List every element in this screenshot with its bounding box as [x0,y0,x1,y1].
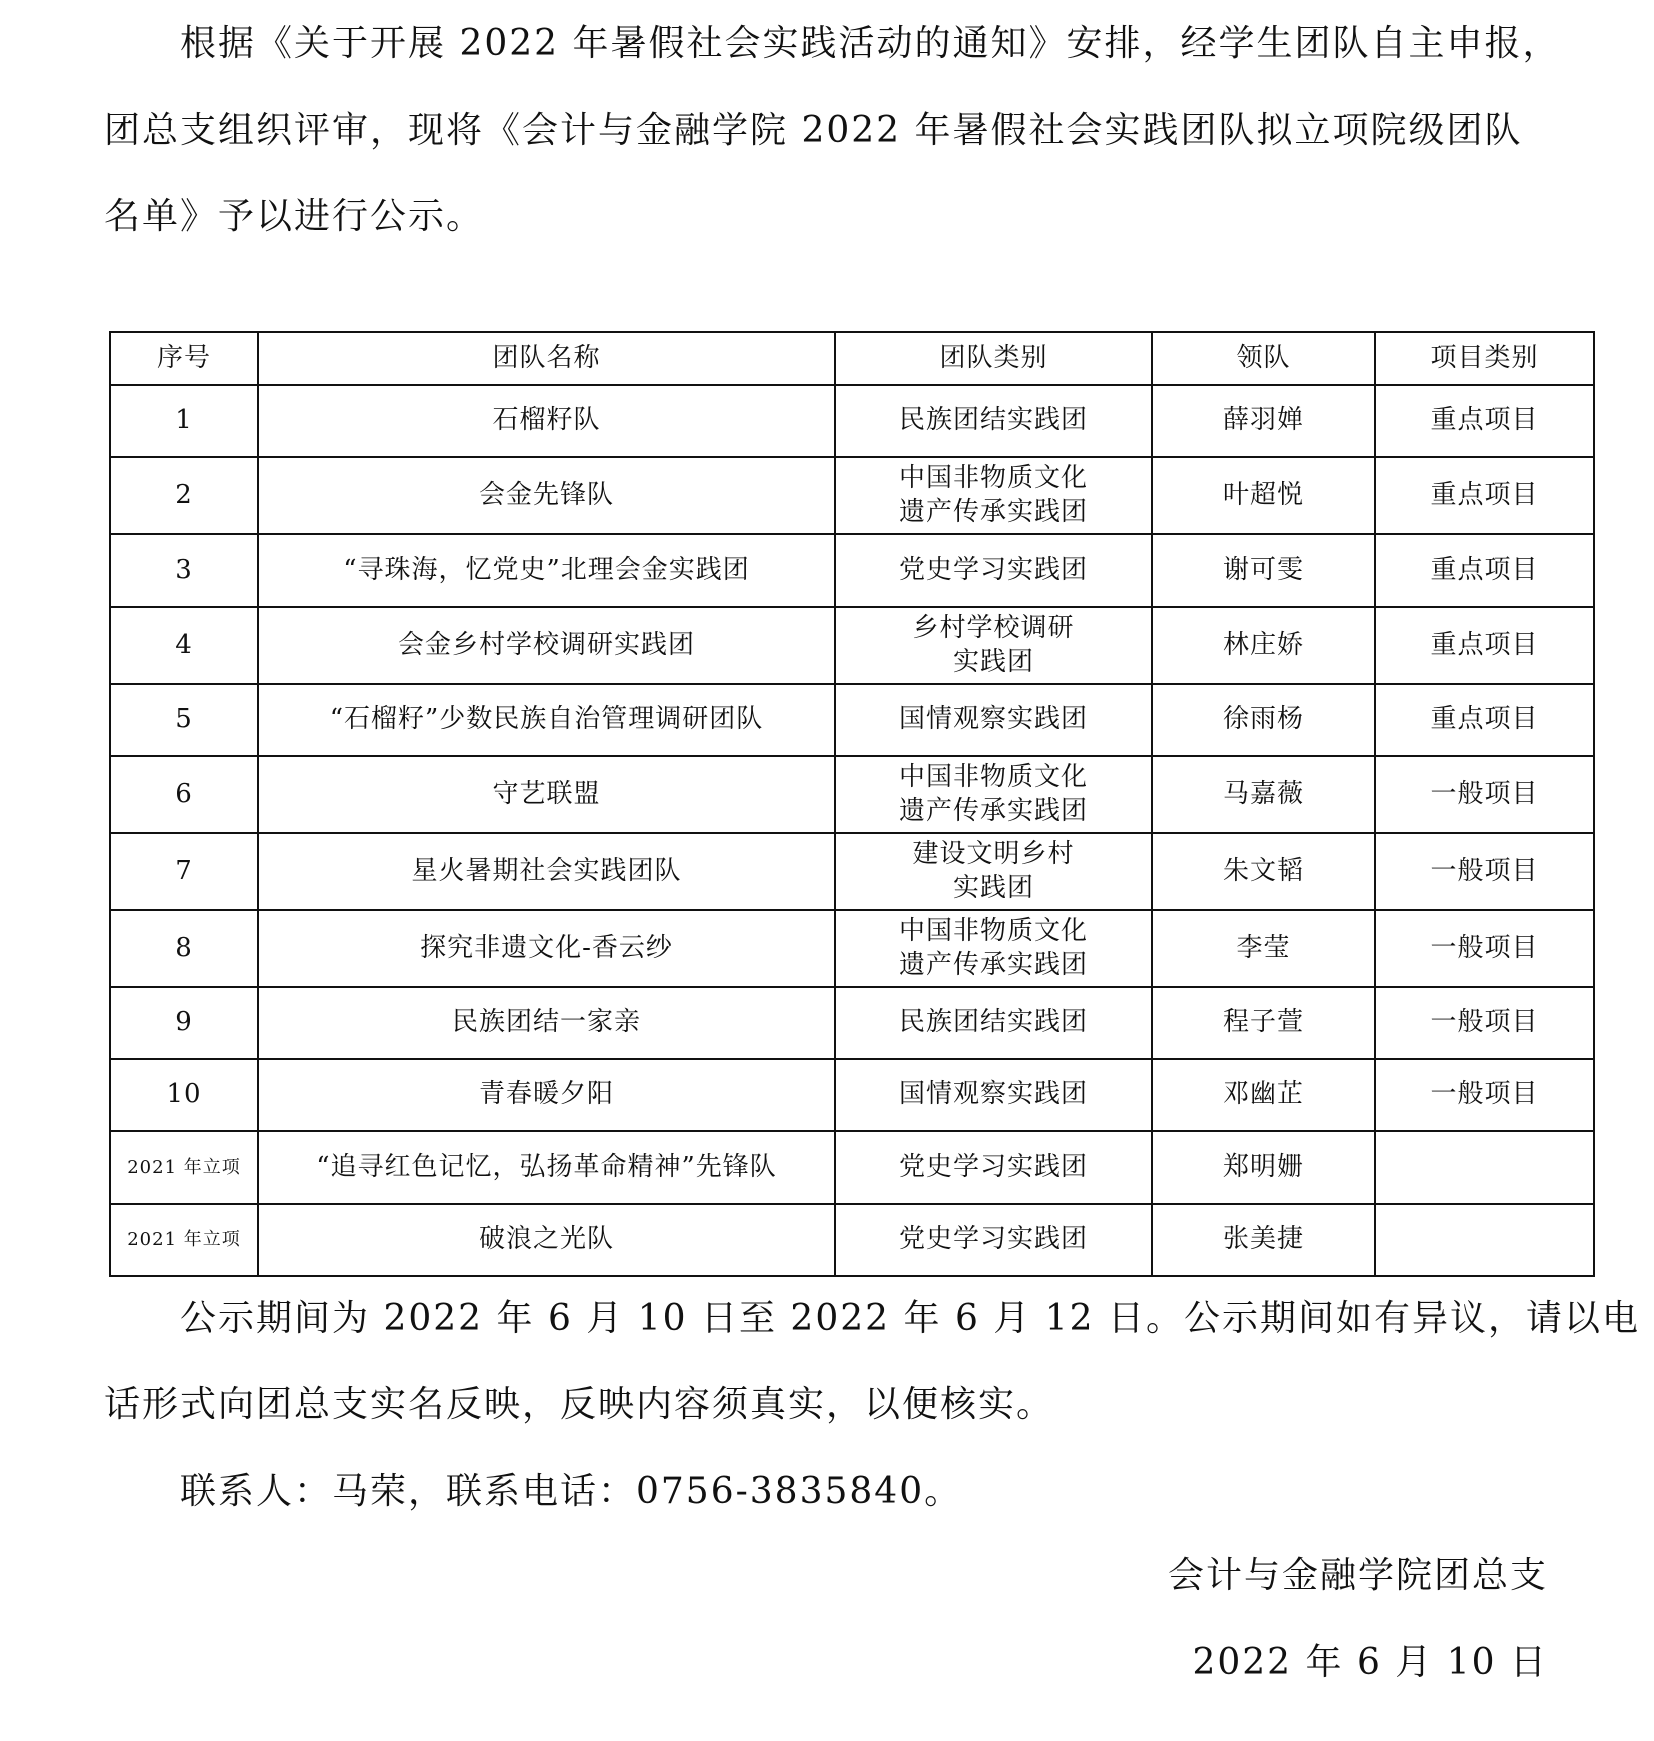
cell-team-name: “石榴籽”少数民族自治管理调研团队 [258,684,835,756]
cell-serial-number: 2021 年立项 [110,1131,258,1204]
team-roster-table: 序号 团队名称 团队类别 领队 项目类别 1石榴籽队民族团结实践团薛羽婵重点项目… [109,331,1595,1277]
table-row: 9民族团结一家亲民族团结实践团程子萱一般项目 [110,987,1594,1059]
category-line: 遗产传承实践团 [842,496,1145,530]
table-row: 8探究非遗文化-香云纱中国非物质文化遗产传承实践团李莹一般项目 [110,910,1594,987]
table-header-row: 序号 团队名称 团队类别 领队 项目类别 [110,332,1594,385]
category-line: 乡村学校调研 [842,612,1145,646]
cell-serial-number: 10 [110,1059,258,1131]
cell-team-category: 党史学习实践团 [835,1131,1152,1204]
table-row: 4会金乡村学校调研实践团乡村学校调研实践团林庄娇重点项目 [110,607,1594,684]
table-row: 5“石榴籽”少数民族自治管理调研团队国情观察实践团徐雨杨重点项目 [110,684,1594,756]
header-team-category: 团队类别 [835,332,1152,385]
cell-team-leader: 张美捷 [1152,1204,1375,1276]
category-line: 中国非物质文化 [842,915,1145,949]
cell-serial-number: 4 [110,607,258,684]
cell-team-category: 中国非物质文化遗产传承实践团 [835,457,1152,534]
table-row: 2021 年立项破浪之光队党史学习实践团张美捷 [110,1204,1594,1276]
cell-serial-number: 2021 年立项 [110,1204,258,1276]
cell-team-name: 石榴籽队 [258,385,835,457]
category-line: 建设文明乡村 [842,838,1145,872]
category-line: 党史学习实践团 [842,554,1145,588]
intro-paragraph-line-3: 名单》予以进行公示。 [104,199,484,235]
header-project-category: 项目类别 [1375,332,1594,385]
table-row: 7星火暑期社会实践团队建设文明乡村实践团朱文韬一般项目 [110,833,1594,910]
cell-team-category: 民族团结实践团 [835,987,1152,1059]
cell-serial-number: 9 [110,987,258,1059]
cell-team-leader: 薛羽婵 [1152,385,1375,457]
cell-serial-number: 8 [110,910,258,987]
signature-organization: 会计与金融学院团总支 [1168,1558,1548,1594]
cell-project-category: 一般项目 [1375,1059,1594,1131]
category-line: 党史学习实践团 [842,1223,1145,1257]
cell-team-leader: 叶超悦 [1152,457,1375,534]
cell-team-leader: 徐雨杨 [1152,684,1375,756]
category-line: 实践团 [842,872,1145,906]
header-serial-number: 序号 [110,332,258,385]
cell-team-name: “追寻红色记忆，弘扬革命精神”先锋队 [258,1131,835,1204]
category-line: 遗产传承实践团 [842,795,1145,829]
cell-project-category: 重点项目 [1375,607,1594,684]
cell-project-category: 一般项目 [1375,987,1594,1059]
cell-serial-number: 5 [110,684,258,756]
table-row: 6守艺联盟中国非物质文化遗产传承实践团马嘉薇一般项目 [110,756,1594,833]
cell-project-category: 一般项目 [1375,833,1594,910]
cell-team-name: 守艺联盟 [258,756,835,833]
cell-serial-number: 6 [110,756,258,833]
cell-team-category: 国情观察实践团 [835,684,1152,756]
cell-team-category: 党史学习实践团 [835,534,1152,607]
cell-team-name: “寻珠海，忆党史”北理会金实践团 [258,534,835,607]
table-row: 2会金先锋队中国非物质文化遗产传承实践团叶超悦重点项目 [110,457,1594,534]
header-team-name: 团队名称 [258,332,835,385]
cell-team-category: 党史学习实践团 [835,1204,1152,1276]
cell-team-leader: 邓幽芷 [1152,1059,1375,1131]
cell-project-category: 一般项目 [1375,910,1594,987]
cell-team-leader: 马嘉薇 [1152,756,1375,833]
cell-project-category [1375,1131,1594,1204]
cell-project-category: 重点项目 [1375,684,1594,756]
cell-team-name: 民族团结一家亲 [258,987,835,1059]
cell-team-category: 建设文明乡村实践团 [835,833,1152,910]
category-line: 民族团结实践团 [842,404,1145,438]
cell-team-category: 国情观察实践团 [835,1059,1152,1131]
cell-team-leader: 林庄娇 [1152,607,1375,684]
cell-team-name: 会金乡村学校调研实践团 [258,607,835,684]
intro-paragraph-line-2: 团总支组织评审，现将《会计与金融学院 2022 年暑假社会实践团队拟立项院级团队 [104,113,1523,149]
cell-serial-number: 2 [110,457,258,534]
cell-project-category [1375,1204,1594,1276]
cell-team-category: 乡村学校调研实践团 [835,607,1152,684]
cell-team-category: 中国非物质文化遗产传承实践团 [835,756,1152,833]
table-row: 2021 年立项“追寻红色记忆，弘扬革命精神”先锋队党史学习实践团郑明姗 [110,1131,1594,1204]
intro-paragraph-line-1: 根据《关于开展 2022 年暑假社会实践活动的通知》安排，经学生团队自主申报， [180,26,1561,62]
cell-team-name: 探究非遗文化-香云纱 [258,910,835,987]
table-body: 1石榴籽队民族团结实践团薛羽婵重点项目2会金先锋队中国非物质文化遗产传承实践团叶… [110,385,1594,1276]
cell-project-category: 一般项目 [1375,756,1594,833]
table-row: 3“寻珠海，忆党史”北理会金实践团党史学习实践团谢可雯重点项目 [110,534,1594,607]
cell-team-leader: 谢可雯 [1152,534,1375,607]
category-line: 遗产传承实践团 [842,949,1145,983]
cell-project-category: 重点项目 [1375,457,1594,534]
header-team-leader: 领队 [1152,332,1375,385]
cell-team-name: 星火暑期社会实践团队 [258,833,835,910]
cell-team-leader: 程子萱 [1152,987,1375,1059]
cell-team-leader: 李莹 [1152,910,1375,987]
category-line: 民族团结实践团 [842,1006,1145,1040]
cell-team-name: 青春暖夕阳 [258,1059,835,1131]
table-row: 1石榴籽队民族团结实践团薛羽婵重点项目 [110,385,1594,457]
category-line: 中国非物质文化 [842,761,1145,795]
signature-date: 2022 年 6 月 10 日 [1192,1645,1548,1681]
contact-info: 联系人：马荣，联系电话：0756-3835840。 [180,1474,962,1510]
cell-team-leader: 郑明姗 [1152,1131,1375,1204]
cell-team-category: 民族团结实践团 [835,385,1152,457]
cell-serial-number: 3 [110,534,258,607]
category-line: 党史学习实践团 [842,1151,1145,1185]
notice-paragraph-line-2: 话形式向团总支实名反映，反映内容须真实，以便核实。 [104,1387,1054,1423]
notice-paragraph-line-1: 公示期间为 2022 年 6 月 10 日至 2022 年 6 月 12 日。公… [180,1301,1640,1337]
cell-serial-number: 1 [110,385,258,457]
cell-project-category: 重点项目 [1375,534,1594,607]
cell-team-name: 会金先锋队 [258,457,835,534]
table-row: 10青春暖夕阳国情观察实践团邓幽芷一般项目 [110,1059,1594,1131]
cell-serial-number: 7 [110,833,258,910]
category-line: 中国非物质文化 [842,462,1145,496]
cell-team-leader: 朱文韬 [1152,833,1375,910]
category-line: 国情观察实践团 [842,1078,1145,1112]
cell-team-category: 中国非物质文化遗产传承实践团 [835,910,1152,987]
cell-project-category: 重点项目 [1375,385,1594,457]
category-line: 国情观察实践团 [842,703,1145,737]
category-line: 实践团 [842,646,1145,680]
cell-team-name: 破浪之光队 [258,1204,835,1276]
